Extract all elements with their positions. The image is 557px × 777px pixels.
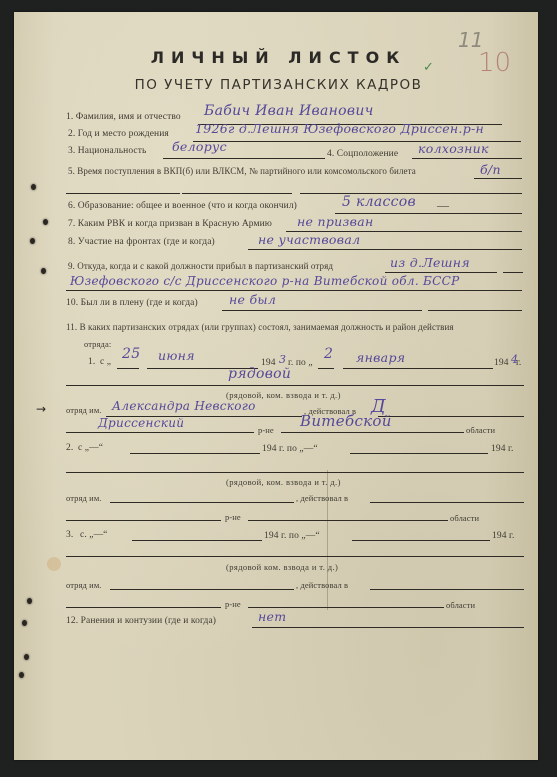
entry-1-unit-label: отряд им.: [66, 405, 102, 415]
field-line: [412, 158, 522, 159]
field-line: [66, 385, 524, 386]
field-line: [378, 416, 524, 417]
entry-1-from-month: июня: [158, 348, 195, 363]
field-line: [117, 368, 139, 369]
field-line: [66, 556, 524, 557]
field-line: [352, 540, 490, 541]
binder-hole: [19, 672, 24, 678]
entry-1-to-month: января: [356, 350, 405, 365]
field-label-name: 1. Фамилия, имя и отчество: [66, 112, 181, 122]
field-line: [182, 193, 292, 194]
binder-hole: [43, 219, 48, 225]
entry-1-to-prefix: г. по „: [288, 358, 313, 368]
binder-hole: [24, 654, 29, 660]
field-value-birth: 1926г д.Лешня Юзефовского Дриссен.р-н: [195, 121, 484, 136]
field-value-nationality: белорус: [172, 139, 227, 154]
field-label-rvk: 7. Каким РВК и когда призван в Красную А…: [68, 219, 272, 229]
entry-2-region-label: области: [450, 513, 479, 523]
entry-1-unit: Александра Невского: [112, 399, 256, 413]
binder-hole: [27, 598, 32, 604]
field-value-captivity: не был: [229, 292, 276, 307]
entry-3-position-caption: (рядовой ком. взвода и т. д.): [226, 562, 338, 572]
entry-1-to-year-prefix: 194: [494, 358, 509, 368]
entry-2-from-prefix: с „—“: [78, 443, 103, 453]
field-line: [110, 589, 294, 590]
field-line: [370, 589, 524, 590]
field-label-units: 11. В каких партизанских отрядах (или гр…: [66, 322, 454, 332]
arrow-mark-icon: →: [36, 402, 46, 416]
field-line: [66, 472, 524, 473]
entry-3-from-prefix: с. „—“: [80, 530, 108, 540]
field-line: [66, 607, 221, 608]
field-value-name: Бабич Иван Иванович: [204, 103, 374, 119]
field-line: [503, 272, 523, 273]
field-label-education: 6. Образование: общее и военное (что и к…: [68, 201, 297, 211]
field-line: [370, 502, 524, 503]
entry-1-to-day: 2: [324, 346, 333, 362]
field-label-social: 4. Соцположение: [327, 149, 398, 159]
entry-3-district-label: р-не: [225, 599, 241, 609]
field-label-party: 5. Время поступления в ВКП(б) или ВЛКСМ,…: [68, 166, 416, 176]
field-value-arrival-line2: Юзефовского с/с Дриссенского р-на Витебс…: [70, 274, 460, 288]
field-value-education: 5 классов: [342, 194, 416, 210]
entry-3-year-text: 194 г. по „—“: [264, 531, 320, 541]
field-value-fronts: не участвовал: [258, 232, 360, 247]
field-line: [281, 432, 464, 433]
entry-2-acted-label: , действовал в: [296, 493, 348, 503]
field-label-captivity: 10. Был ли в плену (где и когда): [66, 298, 198, 308]
binder-hole: [41, 268, 46, 274]
binder-hole: [31, 184, 36, 190]
entry-3-year-end: 194 г.: [492, 531, 514, 541]
entry-1-region-label: области: [466, 425, 495, 435]
field-line: [66, 520, 221, 521]
entry-2-district-label: р-не: [225, 512, 241, 522]
entry-3-acted-label: , действовал в: [296, 580, 348, 590]
field-line: [474, 178, 522, 179]
entry-1-district: Дриссенский: [98, 416, 184, 430]
entry-2-unit-label: отряд им.: [66, 493, 102, 503]
field-value-dash: —: [437, 198, 449, 213]
field-label-birth: 2. Год и место рождения: [68, 129, 169, 139]
field-line: [248, 607, 444, 608]
field-label-arrival: 9. Откуда, когда и с какой должности при…: [68, 261, 333, 271]
field-line: [252, 627, 524, 628]
field-line: [318, 368, 334, 369]
entry-2-year-end: 194 г.: [491, 444, 513, 454]
field-line: [248, 249, 522, 250]
entry-1-district-label: р-не: [258, 425, 274, 435]
field-line: [110, 502, 294, 503]
entry-1-from-day: 25: [122, 346, 140, 362]
field-line: [350, 453, 488, 454]
field-line: [428, 310, 522, 311]
document-subtitle: ПО УЧЕТУ ПАРТИЗАНСКИХ КАДРОВ: [0, 77, 557, 93]
entry-2-num: 2.: [66, 443, 73, 453]
entry-1-year-suffix: г.: [516, 358, 521, 368]
entry-3-unit-label: отряд им.: [66, 580, 102, 590]
field-line: [130, 453, 260, 454]
field-line: [385, 272, 497, 273]
document-title: ЛИЧНЫЙ ЛИСТОК: [0, 48, 557, 67]
field-value-rvk: не призван: [297, 214, 374, 229]
field-line: [132, 540, 262, 541]
field-value-social: колхозник: [418, 141, 489, 156]
entry-3-num: 3.: [66, 530, 73, 540]
entry-3-region-label: области: [446, 600, 475, 610]
field-line: [248, 520, 448, 521]
paper-stain: [47, 557, 61, 571]
field-label-nationality: 3. Национальность: [68, 146, 146, 156]
entry-2-year-text: 194 г. по „—“: [262, 444, 318, 454]
entry-1-region: Витебской: [300, 412, 392, 430]
field-value-arrival: из д.Лешня: [390, 255, 470, 270]
field-line: [163, 158, 325, 159]
field-line: [66, 432, 254, 433]
field-line: [66, 193, 180, 194]
field-line: [222, 310, 422, 311]
field-value-party: б/п: [480, 162, 501, 177]
binder-hole: [22, 620, 27, 626]
field-line: [343, 368, 493, 369]
entry-1-from-year-digit: 3: [279, 353, 286, 366]
field-label-fronts: 8. Участие на фронтах (где и когда): [68, 237, 215, 247]
entry-1-num: 1.: [88, 357, 95, 367]
field-value-wounds: нет: [258, 609, 286, 624]
entry-1-position: рядовой: [228, 366, 291, 382]
field-line: [66, 290, 522, 291]
field-label-wounds: 12. Ранения и контузии (где и когда): [66, 616, 216, 626]
entry-2-position-caption: (рядовой, ком. взвода и т. д.): [226, 477, 341, 487]
binder-hole: [30, 238, 35, 244]
entry-1-from-prefix: с „: [100, 357, 111, 367]
field-label-units-cont: отряда:: [84, 339, 111, 349]
